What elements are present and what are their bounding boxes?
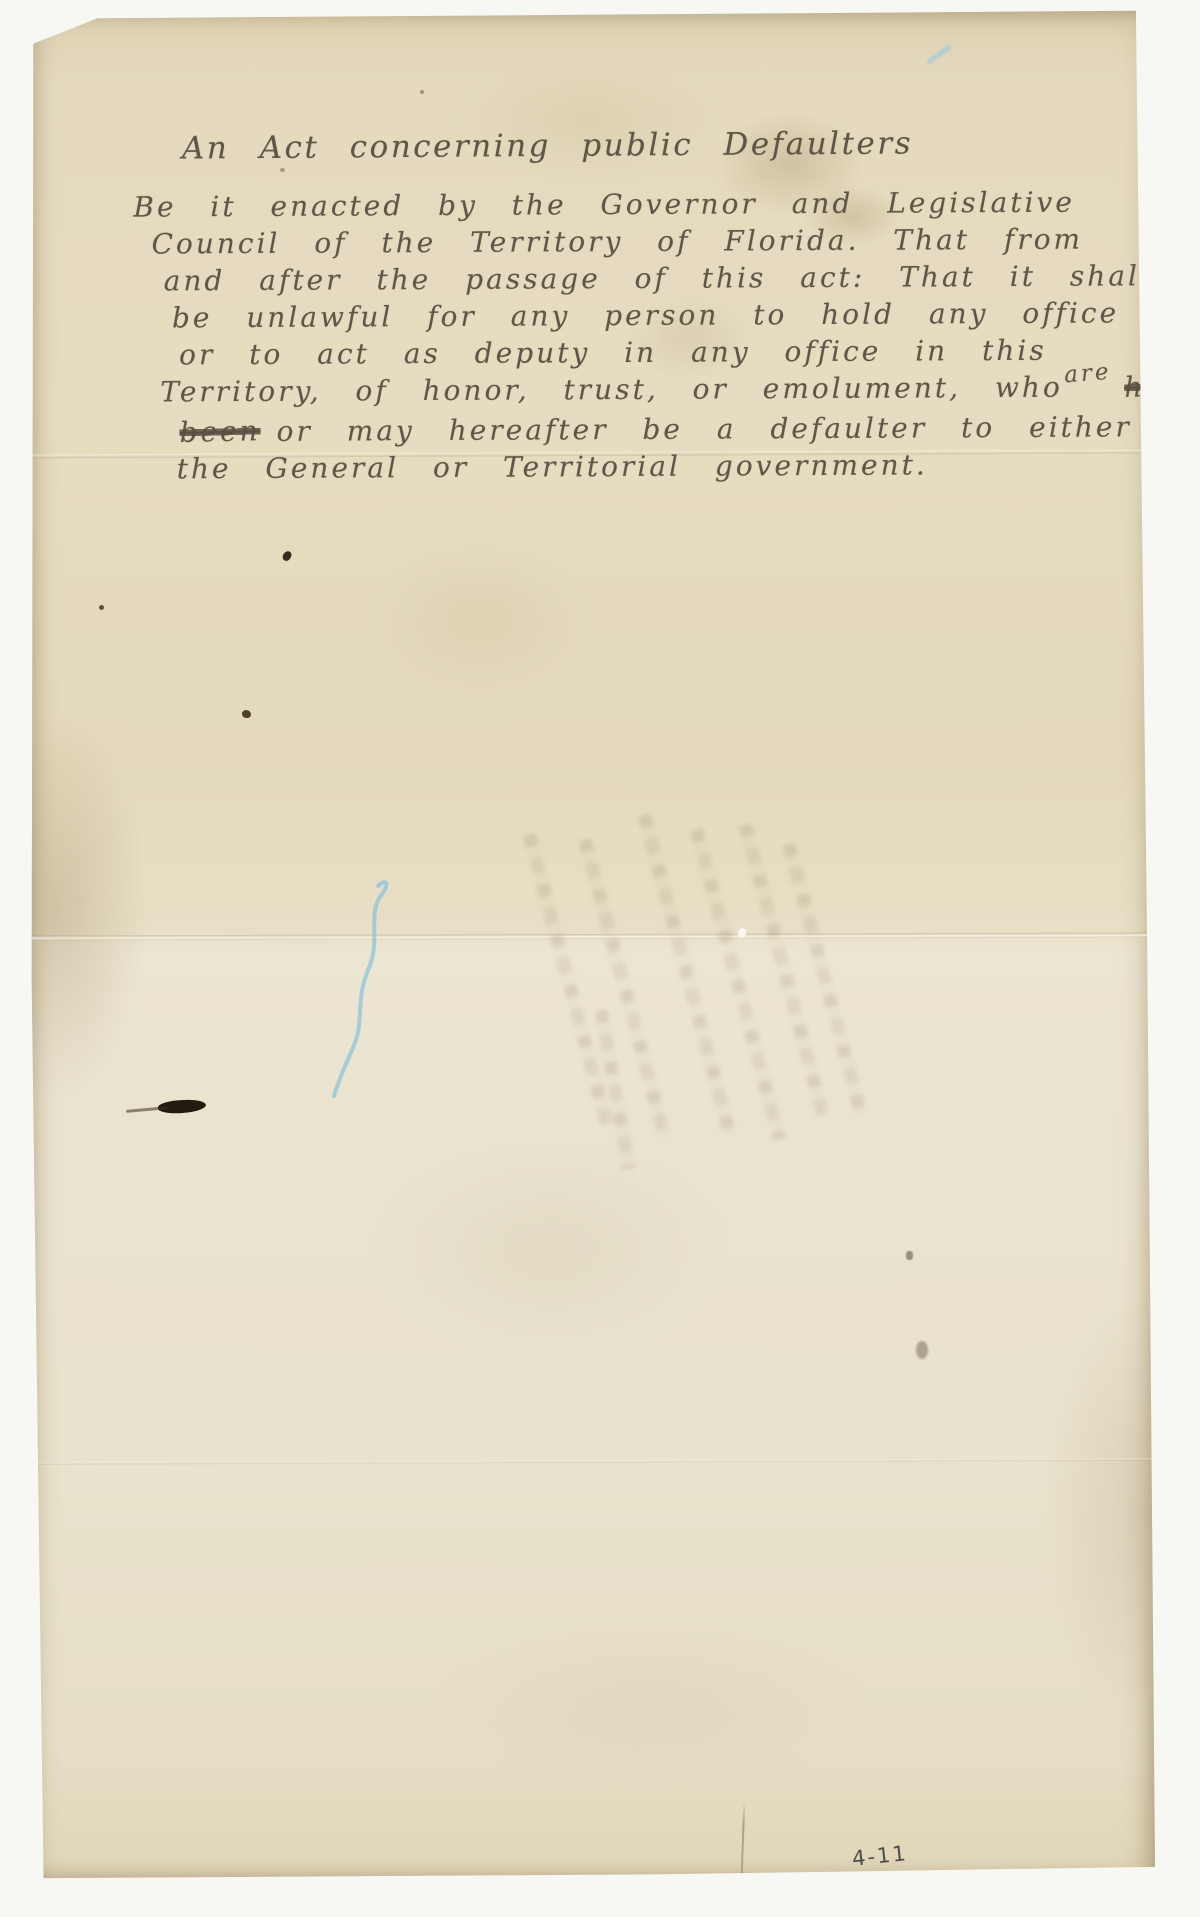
manuscript-line: Council of the Territory of Florida. Tha… [133,220,1114,262]
struck-word: been [179,412,261,451]
ink-smudge-tail [126,1106,168,1113]
bleedthrough-line [782,843,867,1117]
paper-crack [741,1802,746,1876]
blue-pencil-mark [926,44,952,64]
manuscript-body: Be it enacted by the Governor and Legisl… [133,183,1116,487]
ink-spot [906,1251,913,1260]
ink-spot [99,605,104,610]
archival-number: 4-11 [851,1841,909,1871]
manuscript-text: Council of the Territory of Florida. Tha… [151,223,1083,261]
manuscript-line: the General or Territorial government. [135,445,1116,487]
manuscript-line: beenor may hereafter be a defaulter to e… [134,408,1115,450]
manuscript-text: Territory, of honor, trust, or emolument… [160,371,1063,409]
manuscript-line: Territory, of honor, trust, or emolument… [134,368,1115,413]
bleedthrough-line [579,838,672,1141]
fold-tear [737,927,748,939]
manuscript-title: An Act concerning public Defaulters [0,124,1110,168]
struck-word: has [1124,368,1183,406]
bleedthrough-line [595,1010,636,1170]
bleedthrough-line [638,813,736,1135]
manuscript-line: and after the passage of this act: That … [134,257,1115,299]
ink-spot [280,168,285,172]
manuscript-text: or to act as deputy in any office in thi… [179,334,1047,372]
manuscript-text: be unlawful for any person to hold any o… [172,296,1119,334]
bleedthrough-line [690,828,785,1140]
ink-spot [242,710,251,718]
manuscript-line: Be it enacted by the Governor and Legisl… [133,183,1114,225]
ink-smudge [916,1341,928,1359]
manuscript-page: An Act concerning public Defaulters Be i… [30,8,1155,1880]
bleedthrough-line [739,823,829,1116]
manuscript-line: or to act as deputy in any office in thi… [134,331,1115,373]
manuscript-text: the General or Territorial government. [177,448,928,485]
manuscript-text: and after the passage of this act: That … [164,259,1152,297]
manuscript-text: Be it enacted by the Governor and Legisl… [133,186,1075,224]
manuscript-text: or may hereafter be a defaulter to eithe… [277,410,1132,447]
ink-smudge [158,1098,207,1115]
fold-crease-middle [30,933,1155,941]
scan-background: An Act concerning public Defaulters Be i… [0,0,1200,1917]
ink-spot [420,90,424,94]
inserted-word: are [1063,354,1113,394]
bleedthrough-line [523,833,613,1126]
fold-crease-bottom [30,1458,1155,1465]
ink-spot [282,550,293,562]
blue-pencil-squiggle [292,870,412,1110]
manuscript-line: be unlawful for any person to hold any o… [134,294,1115,336]
